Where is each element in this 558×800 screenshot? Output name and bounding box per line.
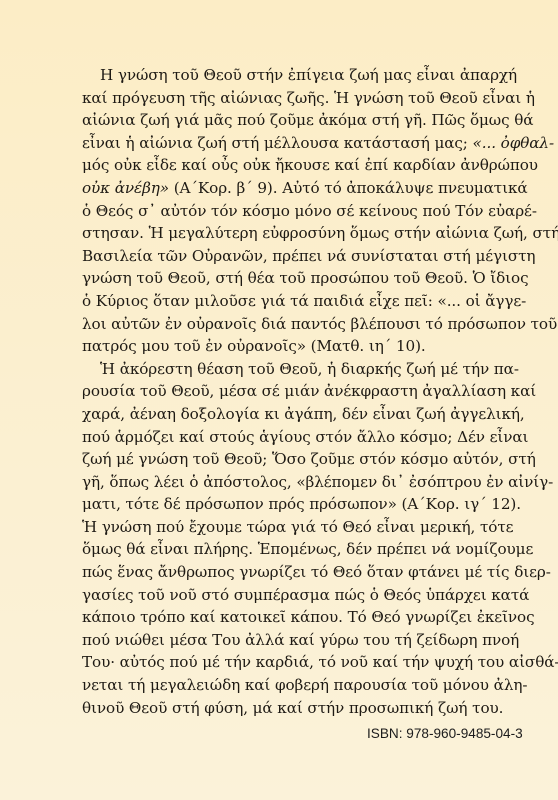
text-line: γῆ, ὅπως λέει ὁ ἀπόστολος, «βλέπομεν δι᾽…: [82, 471, 498, 494]
text-line: Ἡ γνώση πού ἔχουμε τώρα γιά τό Θεό εἶναι…: [82, 516, 498, 539]
text-line: ὅμως θά εἶναι πλήρης. Ἑπομένως, δέν πρέπ…: [82, 538, 498, 561]
isbn-label: ISBN: 978-960-9485-04-3: [367, 726, 523, 741]
text-line: θινοῦ Θεοῦ στή φύση, μά καί στήν προσωπι…: [82, 697, 498, 720]
text-line: Ἡ ἀκόρεστη θέαση τοῦ Θεοῦ, ἡ διαρκής ζωή…: [82, 358, 498, 381]
paragraph-1: Η γνώση τοῦ Θεοῦ στήν ἐπίγεια ζωή μας εἶ…: [82, 64, 498, 358]
text-line: νεται τή μεγαλειώδη καί φοβερή παρουσία …: [82, 674, 498, 697]
text-line: γνώση τοῦ Θεοῦ, στή θέα τοῦ προσώπου τοῦ…: [82, 267, 498, 290]
text-line: ρουσία τοῦ Θεοῦ, μέσα σέ μιάν ἀνέκφραστη…: [82, 380, 498, 403]
paragraph-2: Ἡ ἀκόρεστη θέαση τοῦ Θεοῦ, ἡ διαρκής ζωή…: [82, 358, 498, 720]
text-line: Βασιλεία τῶν Οὐρανῶν, πρέπει νά συνίστατ…: [82, 245, 498, 268]
text-line: ὁ Θεός σ᾽ αὐτόν τόν κόσμο μόνο σέ κείνου…: [82, 200, 498, 223]
text-line: Η γνώση τοῦ Θεοῦ στήν ἐπίγεια ζωή μας εἶ…: [82, 64, 498, 87]
text-line: αἰώνια ζωή γιά μᾶς πού ζοῦμε ἀκόμα στή γ…: [82, 109, 498, 132]
text-line: στησαν. Ἡ μεγαλύτερη εὐφροσύνη ὅμως στήν…: [82, 222, 498, 245]
text-segment: (Α΄Κορ. β΄ 9). Αὐτό τό ἀποκάλυψε πνευματ…: [169, 179, 528, 197]
text-line: γασίες τοῦ νοῦ στό συμπέρασμα πώς ὁ Θεός…: [82, 584, 498, 607]
text-line: πατρός μου τοῦ ἐν οὐρανοῖς» (Ματθ. ιη´ 1…: [82, 335, 498, 358]
quote-italic-line: μός οὐκ εἶδε καί οὖς οὐκ ἤκουσε καί ἐπί …: [82, 154, 498, 177]
quote-italic: «... ὀφθαλ-: [473, 134, 554, 152]
text-line: πώς ἕνας ἄνθρωπος γνωρίζει τό Θεό ὅταν φ…: [82, 561, 498, 584]
text-line: χαρά, ἀέναη δοξολογία κι ἀγάπη, δέν εἶνα…: [82, 403, 498, 426]
text-line: ματι, τότε δέ πρόσωπον πρός πρόσωπον» (Α…: [82, 493, 498, 516]
text-line: ζωή μέ γνώση τοῦ Θεοῦ; Ὅσο ζοῦμε στόν κό…: [82, 448, 498, 471]
text-line: πού νιώθει μέσα Του ἀλλά καί γύρω του τή…: [82, 629, 498, 652]
text-line: πού ἁρμόζει καί στούς ἁγίους στόν ἄλλο κ…: [82, 426, 498, 449]
text-line: εἶναι ἡ αἰώνια ζωή στή μέλλουσα κατάστασ…: [82, 132, 498, 155]
text-line: ὁ Κύριος ὅταν μιλοῦσε γιά τά παιδιά εἶχε…: [82, 290, 498, 313]
text-line: οὐκ ἀνέβη» (Α΄Κορ. β΄ 9). Αὐτό τό ἀποκάλ…: [82, 177, 498, 200]
back-cover-text: Η γνώση τοῦ Θεοῦ στήν ἐπίγεια ζωή μας εἶ…: [82, 64, 498, 719]
text-line: καί πρόγευση τῆς αἰώνιας ζωῆς. Ἡ γνώση τ…: [82, 87, 498, 110]
text-segment: εἶναι ἡ αἰώνια ζωή στή μέλλουσα κατάστασ…: [82, 134, 473, 152]
text-line: κάποιο τρόπο καί κατοικεῖ κάπου. Τό Θεό …: [82, 606, 498, 629]
text-line: λοι αὐτῶν ἐν οὐρανοῖς διά παντός βλέπουσ…: [82, 313, 498, 336]
text-line: Του· αὐτός πού μέ τήν καρδιά, τό νοῦ καί…: [82, 651, 498, 674]
quote-italic: οὐκ ἀνέβη»: [82, 179, 169, 197]
